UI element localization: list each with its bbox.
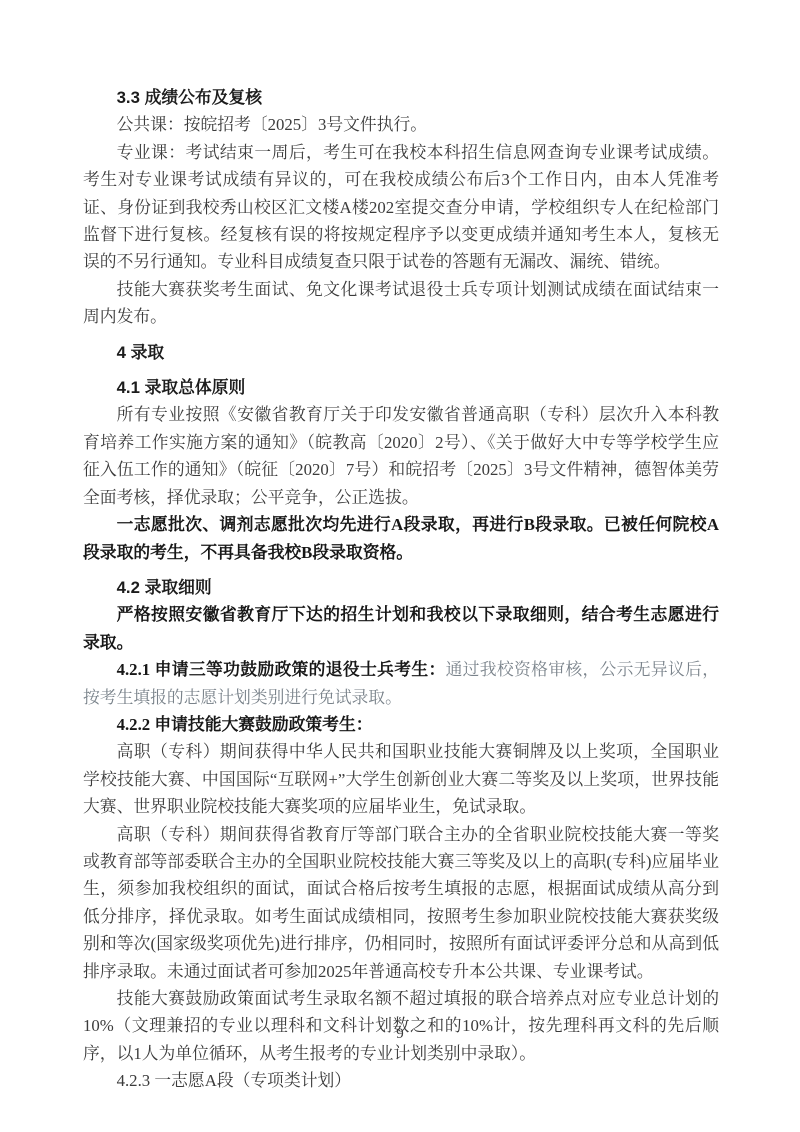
paragraph: 一志愿批次、调剂志愿批次均先进行A段录取，再进行B段录取。已被任何院校A段录取的…: [83, 511, 719, 566]
paragraph: 4.2.2 申请技能大赛鼓励政策考生：: [83, 711, 719, 738]
paragraph-label: 4.2.1 申请三等功鼓励政策的退役士兵考生：: [117, 660, 446, 679]
paragraph: 严格按照安徽省教育厅下达的招生计划和我校以下录取细则，结合考生志愿进行录取。: [83, 601, 719, 656]
paragraph: 所有专业按照《安徽省教育厅关于印发安徽省普通高职（专科）层次升入本科教育培养工作…: [83, 401, 719, 511]
paragraph: 4.2.3 一志愿A段（专项类计划）: [83, 1067, 719, 1094]
section-heading: 4 录取: [83, 339, 719, 366]
paragraph: 高职（专科）期间获得中华人民共和国职业技能大赛铜牌及以上奖项，全国职业学校技能大…: [83, 738, 719, 820]
section-heading: 4.2 录取细则: [83, 574, 719, 601]
document-content: 3.3 成绩公布及复核公共课：按皖招考〔2025〕3号文件执行。专业课：考试结束…: [83, 84, 719, 1095]
section-heading: 3.3 成绩公布及复核: [83, 84, 719, 111]
paragraph: 技能大赛获奖考生面试、免文化课考试退役士兵专项计划测试成绩在面试结束一周内发布。: [83, 276, 719, 331]
section-heading: 4.1 录取总体原则: [83, 374, 719, 401]
page-number: 9: [0, 1026, 800, 1043]
paragraph: 专业课：考试结束一周后，考生可在我校本科招生信息网查询专业课考试成绩。考生对专业…: [83, 139, 719, 276]
document-page: 3.3 成绩公布及复核公共课：按皖招考〔2025〕3号文件执行。专业课：考试结束…: [0, 0, 800, 1132]
paragraph: 4.2.1 申请三等功鼓励政策的退役士兵考生：通过我校资格审核，公示无异议后，按…: [83, 656, 719, 711]
paragraph: 公共课：按皖招考〔2025〕3号文件执行。: [83, 111, 719, 138]
paragraph: 高职（专科）期间获得省教育厅等部门联合主办的全省职业院校技能大赛一等奖或教育部等…: [83, 821, 719, 985]
